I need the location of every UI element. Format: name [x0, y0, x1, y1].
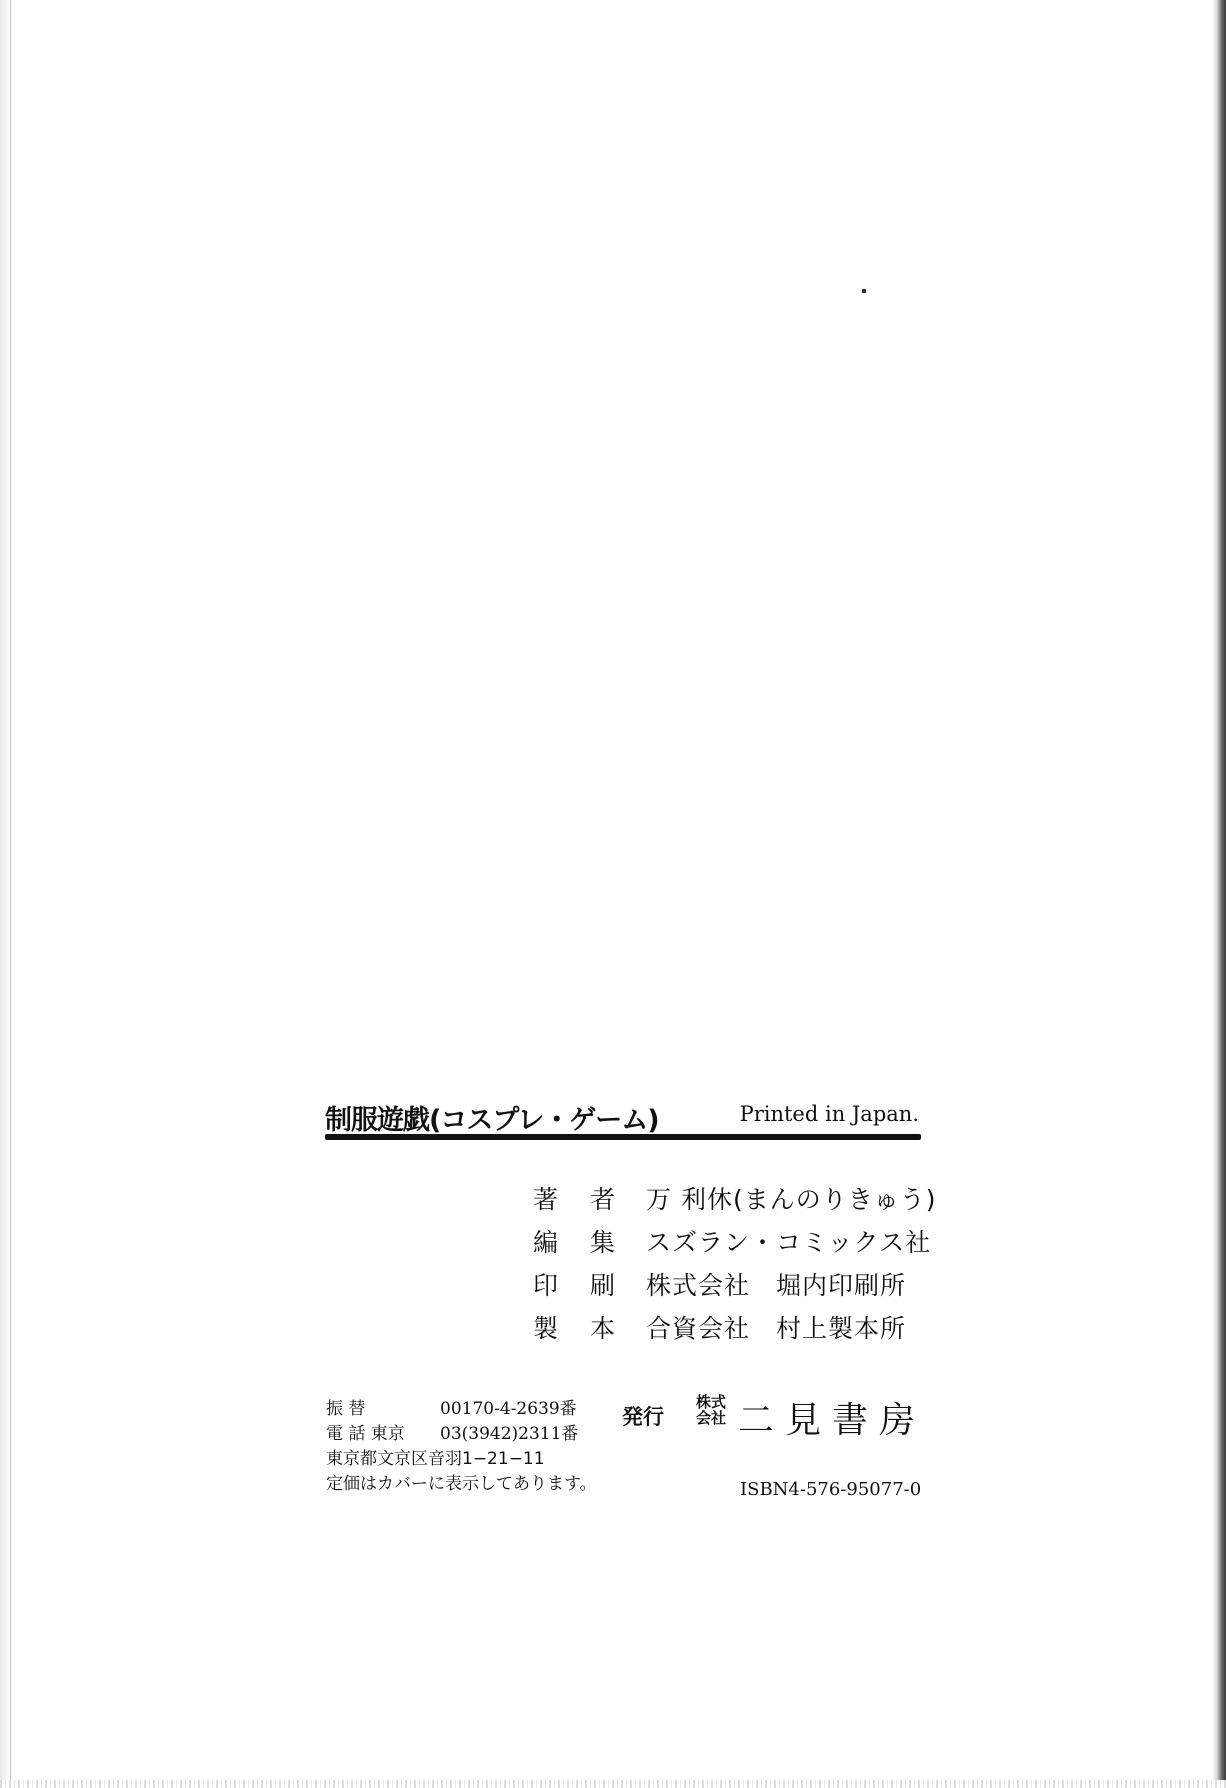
address: 東京都文京区音羽1−21−11: [326, 1444, 545, 1469]
credit-printer: 印刷 株式会社 堀内印刷所: [533, 1266, 933, 1309]
publisher-contact-info: 振 替 00170-4-2639番 電 話 東京 03(3942)2311番 東…: [326, 1394, 626, 1494]
transfer-number: 00170-4-2639番: [440, 1394, 577, 1419]
credit-label: 編集: [533, 1223, 628, 1259]
scan-speck: [862, 289, 866, 293]
page-left-edge: [0, 0, 11, 1788]
publisher-name: 二見書房: [738, 1392, 926, 1443]
credit-binder: 製本 合資会社 村上製本所: [533, 1309, 933, 1352]
credit-label: 印刷: [533, 1266, 628, 1302]
corporation-mark: 株式 会社: [693, 1394, 729, 1426]
publisher-block: 発行 株式 会社 二見書房: [620, 1392, 930, 1434]
phone-label: 電 話 東京: [326, 1419, 405, 1444]
price-note: 定価はカバーに表示してあります。: [326, 1469, 597, 1494]
credit-editor: 編集 スズラン・コミックス社: [533, 1223, 933, 1266]
corp-line-1: 株式: [693, 1394, 729, 1410]
transfer-account-row: 振 替 00170-4-2639番: [326, 1394, 626, 1419]
credit-value: スズラン・コミックス社: [646, 1223, 931, 1259]
printed-in-japan: Printed in Japan.: [740, 1102, 919, 1126]
phone-row: 電 話 東京 03(3942)2311番: [326, 1419, 626, 1444]
colophon-header: 制服遊戯(コスプレ・ゲーム) Printed in Japan.: [325, 1098, 921, 1134]
credit-label: 製本: [533, 1309, 628, 1345]
colophon-page: 制服遊戯(コスプレ・ゲーム) Printed in Japan. 著者 万 利休…: [0, 0, 1226, 1788]
publisher-label: 発行: [622, 1401, 664, 1431]
transfer-label: 振 替: [326, 1394, 365, 1419]
page-bottom-edge: [0, 1780, 1226, 1788]
page-right-edge-shadow: [1212, 0, 1226, 1788]
credit-value: 合資会社 村上製本所: [646, 1309, 906, 1345]
header-rule: [325, 1134, 921, 1140]
address-row: 東京都文京区音羽1−21−11: [326, 1444, 626, 1469]
credit-value: 株式会社 堀内印刷所: [646, 1266, 906, 1302]
isbn: ISBN4-576-95077-0: [740, 1479, 921, 1500]
credit-value: 万 利休(まんのりきゅう): [646, 1180, 936, 1216]
credit-label: 著者: [533, 1180, 628, 1216]
book-title: 制服遊戯(コスプレ・ゲーム): [325, 1098, 659, 1137]
corp-line-2: 会社: [693, 1410, 729, 1426]
price-note-row: 定価はカバーに表示してあります。: [326, 1469, 626, 1494]
credit-author: 著者 万 利休(まんのりきゅう): [533, 1180, 933, 1223]
credits-list: 著者 万 利休(まんのりきゅう) 編集 スズラン・コミックス社 印刷 株式会社 …: [533, 1180, 933, 1352]
phone-number: 03(3942)2311番: [440, 1419, 578, 1444]
